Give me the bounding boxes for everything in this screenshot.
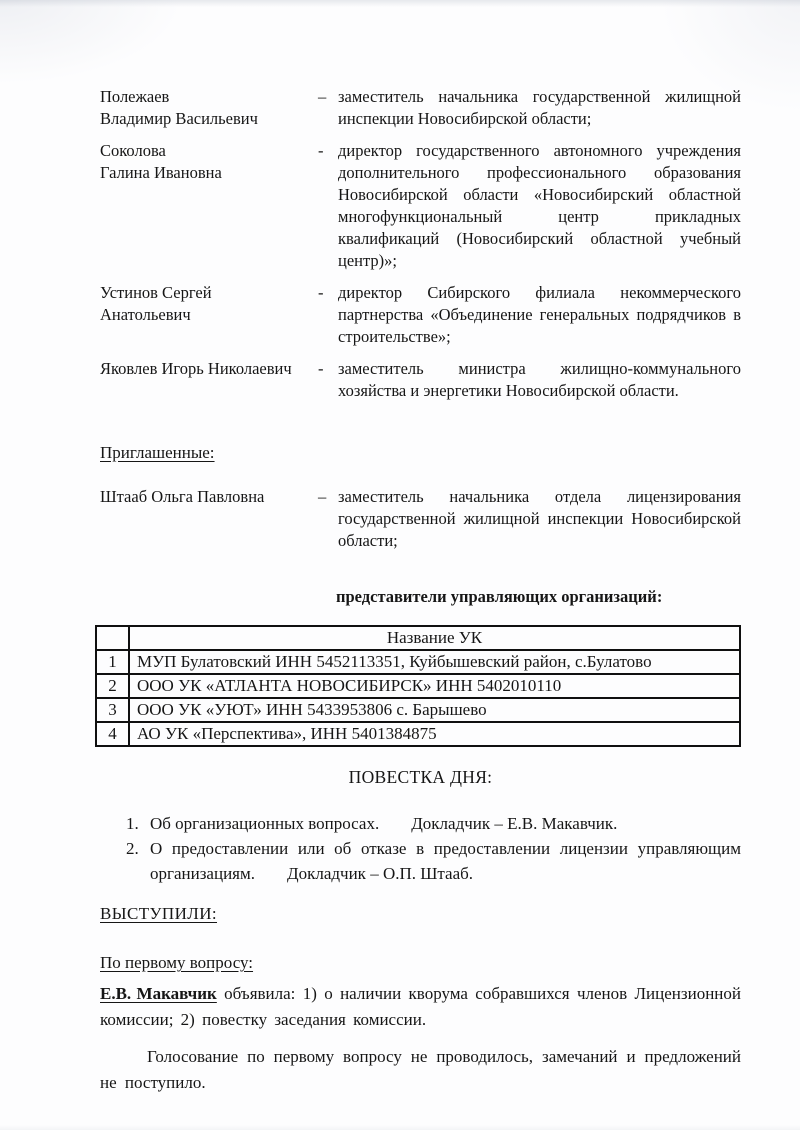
representatives-heading: представители управляющих организаций: bbox=[336, 586, 741, 608]
agenda-item-number: 1. bbox=[126, 811, 150, 836]
document-content: Полежаев Владимир Васильевич – заместите… bbox=[100, 86, 741, 1096]
participant-dash: – bbox=[318, 486, 338, 552]
row-name-cell: ООО УК «УЮТ» ИНН 5433953806 с. Барышево bbox=[129, 698, 740, 722]
invited-participant-row: Штааб Ольга Павловна – заместитель начал… bbox=[100, 486, 741, 552]
voting-paragraph: Голосование по первому вопросу не провод… bbox=[100, 1044, 741, 1096]
table-header-title-cell: Название УК bbox=[129, 626, 740, 650]
question1-heading: По первому вопросу: bbox=[100, 952, 741, 974]
row-number-cell: 2 bbox=[96, 674, 129, 698]
uk-table: Название УК 1 МУП Булатовский ИНН 545211… bbox=[95, 625, 741, 747]
participant-role: заместитель начальника отдела лицензиров… bbox=[338, 486, 741, 552]
invited-heading: Приглашенные: bbox=[100, 442, 741, 464]
participant-row: Соколова Галина Ивановна - директор госу… bbox=[100, 140, 741, 272]
agenda-item-speaker: Докладчик – О.П. Штааб. bbox=[287, 864, 473, 883]
participant-name: Устинов Сергей Анатольевич bbox=[100, 282, 318, 348]
participant-dash: - bbox=[318, 140, 338, 272]
row-name-cell: ООО УК «АТЛАНТА НОВОСИБИРСК» ИНН 5402010… bbox=[129, 674, 740, 698]
participant-name: Штааб Ольга Павловна bbox=[100, 486, 318, 552]
participant-name-line1: Штааб Ольга Павловна bbox=[100, 486, 318, 508]
participant-dash: - bbox=[318, 358, 338, 402]
speaker-paragraph: Е.В. Макавчик объявила: 1) о наличии кво… bbox=[100, 981, 741, 1033]
agenda-item-body: О предоставлении или об отказе в предост… bbox=[150, 836, 741, 886]
document-page: Полежаев Владимир Васильевич – заместите… bbox=[0, 0, 800, 1130]
row-name-cell: АО УК «Перспектива», ИНН 5401384875 bbox=[129, 722, 740, 746]
participant-dash: – bbox=[318, 86, 338, 130]
table-row: 1 МУП Булатовский ИНН 5452113351, Куйбыш… bbox=[96, 650, 740, 674]
participant-row: Яковлев Игорь Николаевич - заместитель м… bbox=[100, 358, 741, 402]
participant-role: директор Сибирского филиала некоммерческ… bbox=[338, 282, 741, 348]
row-number-cell: 4 bbox=[96, 722, 129, 746]
table-header-row: Название УК bbox=[96, 626, 740, 650]
agenda-item: 2. О предоставлении или об отказе в пред… bbox=[100, 836, 741, 886]
agenda-item-text: Об организационных вопросах. bbox=[150, 814, 379, 833]
agenda-item-number: 2. bbox=[126, 836, 150, 886]
participant-role: заместитель начальника государственной ж… bbox=[338, 86, 741, 130]
participant-name-line2: Галина Ивановна bbox=[100, 162, 318, 184]
agenda-item-speaker: Докладчик – Е.В. Макавчик. bbox=[411, 814, 617, 833]
table-row: 3 ООО УК «УЮТ» ИНН 5433953806 с. Барышев… bbox=[96, 698, 740, 722]
table-row: 4 АО УК «Перспектива», ИНН 5401384875 bbox=[96, 722, 740, 746]
participant-name-line1: Полежаев bbox=[100, 86, 318, 108]
participant-name: Яковлев Игорь Николаевич bbox=[100, 358, 318, 402]
participant-name-line2: Анатольевич bbox=[100, 304, 318, 326]
table-header-number-cell bbox=[96, 626, 129, 650]
row-name-cell: МУП Булатовский ИНН 5452113351, Куйбышев… bbox=[129, 650, 740, 674]
speeches-heading: ВЫСТУПИЛИ: bbox=[100, 903, 741, 925]
agenda-list: 1. Об организационных вопросах.Докладчик… bbox=[100, 811, 741, 886]
participant-name-line1: Яковлев Игорь Николаевич bbox=[100, 358, 318, 380]
participants-list: Полежаев Владимир Васильевич – заместите… bbox=[100, 86, 741, 402]
participant-name-line1: Соколова bbox=[100, 140, 318, 162]
participant-role: директор государственного автономного уч… bbox=[338, 140, 741, 272]
table-row: 2 ООО УК «АТЛАНТА НОВОСИБИРСК» ИНН 54020… bbox=[96, 674, 740, 698]
agenda-title: ПОВЕСТКА ДНЯ: bbox=[100, 766, 741, 788]
agenda-item: 1. Об организационных вопросах.Докладчик… bbox=[100, 811, 741, 836]
row-number-cell: 1 bbox=[96, 650, 129, 674]
agenda-item-body: Об организационных вопросах.Докладчик – … bbox=[150, 811, 741, 836]
participant-row: Устинов Сергей Анатольевич - директор Си… bbox=[100, 282, 741, 348]
participant-name-line2: Владимир Васильевич bbox=[100, 108, 318, 130]
row-number-cell: 3 bbox=[96, 698, 129, 722]
participant-name: Соколова Галина Ивановна bbox=[100, 140, 318, 272]
participant-row: Полежаев Владимир Васильевич – заместите… bbox=[100, 86, 741, 130]
participant-dash: - bbox=[318, 282, 338, 348]
participant-role: заместитель министра жилищно-коммунально… bbox=[338, 358, 741, 402]
speaker-name: Е.В. Макавчик bbox=[100, 984, 217, 1003]
participant-name: Полежаев Владимир Васильевич bbox=[100, 86, 318, 130]
participant-name-line1: Устинов Сергей bbox=[100, 282, 318, 304]
